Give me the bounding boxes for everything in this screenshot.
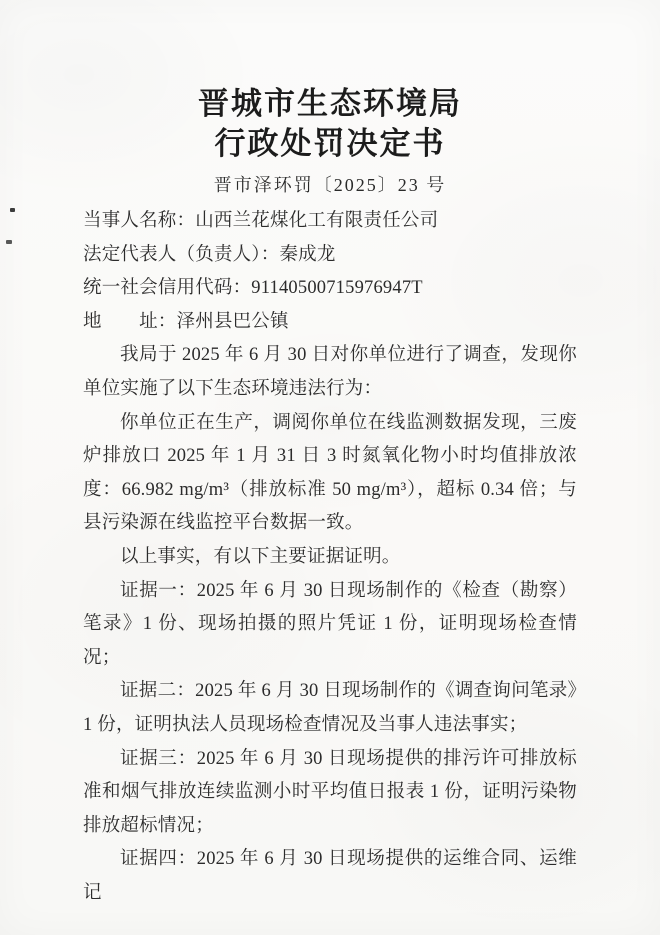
evidence-1-paragraph: 证据一：2025 年 6 月 30 日现场制作的《检查（勘察）笔录》1 份、现场… (83, 575, 577, 676)
scan-speck (10, 208, 15, 212)
evidence-intro-paragraph: 以上事实，有以下主要证据证明。 (83, 541, 577, 575)
document-title-line2: 行政处罚决定书 (0, 124, 660, 164)
scan-speck (6, 240, 12, 244)
party-name-line: 当事人名称：山西兰花煤化工有限责任公司 (83, 205, 577, 239)
evidence-3-paragraph: 证据三：2025 年 6 月 30 日现场提供的排污许可排放标准和烟气排放连续监… (83, 743, 577, 844)
evidence-4-paragraph: 证据四：2025 年 6 月 30 日现场提供的运维合同、运维记 (83, 843, 577, 910)
document-number: 晋市泽环罚〔2025〕23 号 (0, 171, 660, 197)
credit-code-line: 统一社会信用代码：91140500715976947T (83, 272, 577, 306)
evidence-2-paragraph: 证据二：2025 年 6 月 30 日现场制作的《调查询问笔录》1 份，证明执法… (83, 675, 577, 742)
document-title-line1: 晋城市生态环境局 (0, 84, 660, 124)
scanned-document-page: 晋城市生态环境局 行政处罚决定书 晋市泽环罚〔2025〕23 号 当事人名称：山… (0, 0, 660, 935)
legal-representative-line: 法定代表人（负责人）：秦成龙 (83, 239, 577, 273)
document-body: 当事人名称：山西兰花煤化工有限责任公司 法定代表人（负责人）：秦成龙 统一社会信… (83, 205, 577, 910)
violation-facts-paragraph: 你单位正在生产，调阅你单位在线监测数据发现，三废炉排放口 2025 年 1 月 … (83, 407, 577, 541)
address-line: 地 址：泽州县巴公镇 (83, 306, 577, 340)
investigation-paragraph: 我局于 2025 年 6 月 30 日对你单位进行了调查，发现你单位实施了以下生… (83, 339, 577, 406)
document-header: 晋城市生态环境局 行政处罚决定书 晋市泽环罚〔2025〕23 号 (0, 0, 660, 197)
